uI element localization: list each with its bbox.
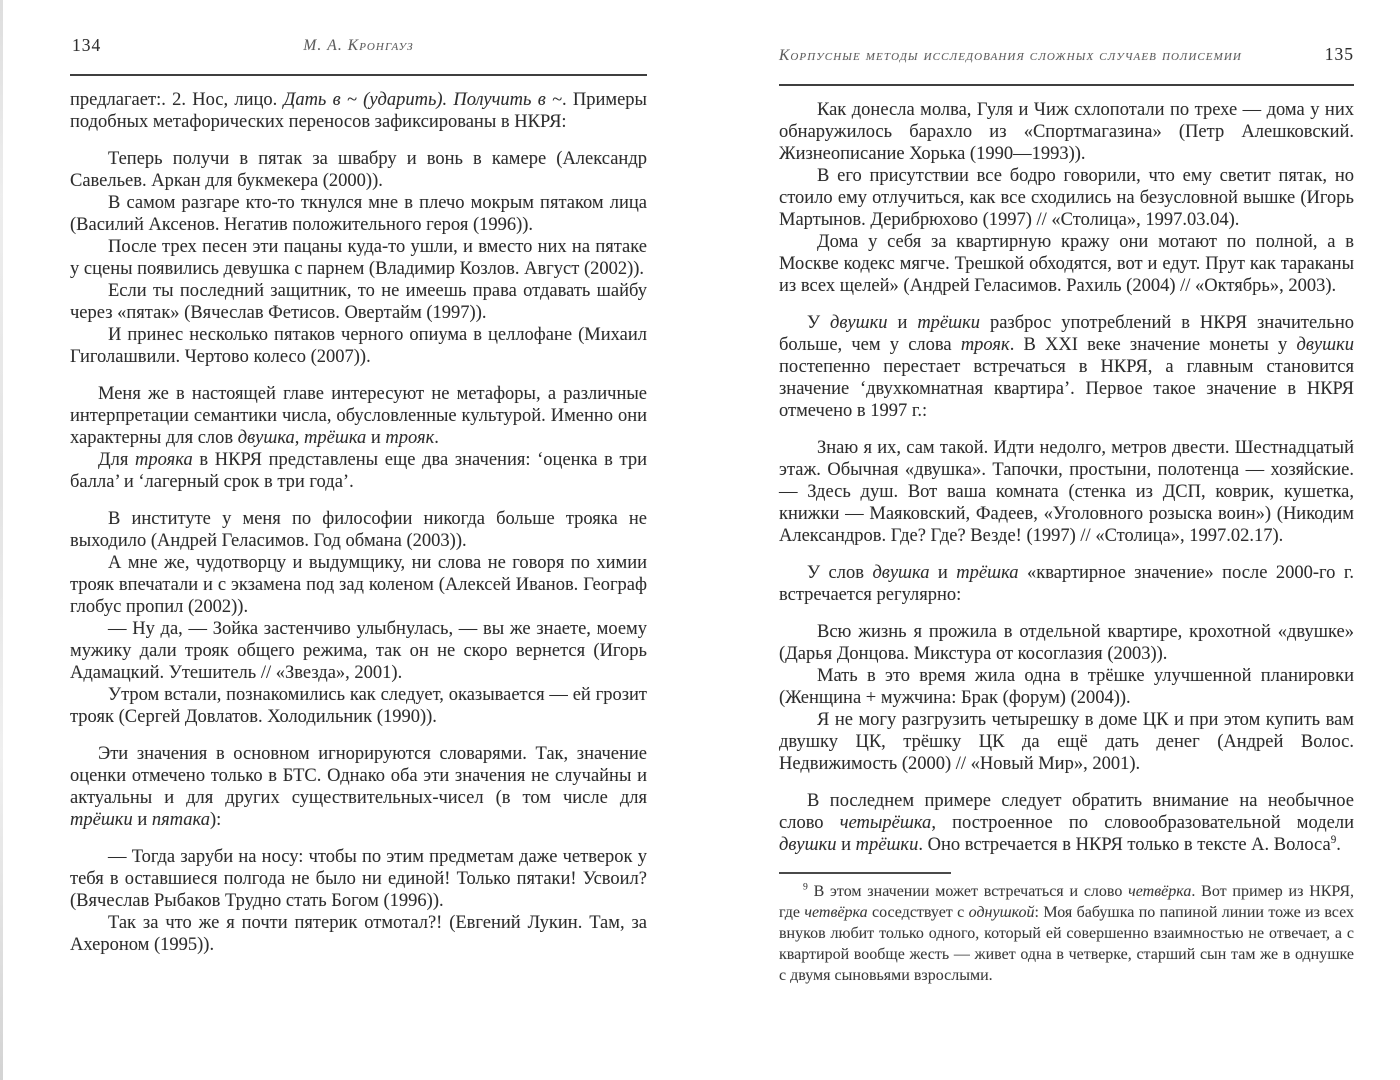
quote-paragraph: И принес несколько пятаков черного опиум… — [70, 324, 647, 368]
footnote-rule — [779, 872, 951, 874]
text-run: и — [133, 810, 152, 830]
text-run: ): — [210, 810, 221, 830]
italic-term: трёшка — [304, 428, 366, 448]
left-page-body: предлагает:. 2. Нос, лицо. Дать в ~ (уда… — [70, 89, 647, 956]
right-page-body: Как донесла молва, Гуля и Чиж схлопотали… — [779, 99, 1354, 856]
text-run: А мне же, чудотворцу и выдумщику, ни сло… — [70, 553, 647, 617]
italic-term: трояк — [385, 428, 434, 448]
text-run: Утром встали, познакомились как следует,… — [70, 685, 647, 727]
body-paragraph: предлагает:. 2. Нос, лицо. Дать в ~ (уда… — [70, 89, 647, 133]
italic-term: трёшка — [956, 563, 1018, 583]
italic-term: двушки — [779, 835, 836, 855]
quote-paragraph: Я не могу разгрузить четырешку в доме ЦК… — [779, 709, 1354, 775]
italic-term: четырёшка — [840, 813, 932, 833]
text-run: Я не могу разгрузить четырешку в доме ЦК… — [779, 710, 1354, 774]
quote-paragraph: — Ну да, — Зойка застенчиво улыбнулась, … — [70, 618, 647, 684]
text-run: Если ты последний защитник, то не имеешь… — [70, 281, 647, 323]
body-paragraph: У слов двушка и трёшка «квартирное значе… — [779, 562, 1354, 606]
italic-term: трояк — [961, 335, 1010, 355]
italic-term: двушки — [830, 313, 887, 333]
right-page-number: 135 — [1311, 44, 1354, 65]
body-paragraph: Эти значения в основном игнорируются сло… — [70, 743, 647, 831]
right-running-title: Корпусные методы исследования сложных сл… — [779, 44, 1242, 65]
text-run: Всю жизнь я прожила в отдельной квартире… — [779, 622, 1354, 664]
text-run: У слов — [807, 563, 872, 583]
text-run: , — [295, 428, 304, 448]
quote-paragraph: — Тогда заруби на носу: чтобы по этим пр… — [70, 846, 647, 912]
left-page-header: 134 М. А. Кронгауз — [70, 34, 647, 58]
book-scan-spread: 134 М. А. Кронгауз предлагает:. 2. Нос, … — [0, 0, 1400, 1080]
text-run: . — [1336, 835, 1341, 855]
text-run: и — [888, 313, 918, 333]
text-run: В институте у меня по философии никогда … — [70, 509, 647, 551]
text-run: Как донесла молва, Гуля и Чиж схлопотали… — [779, 100, 1354, 164]
text-run: Мать в это время жила одна в трёшке улуч… — [779, 666, 1354, 708]
text-run: Теперь получи в пятак за швабру и вонь в… — [70, 149, 647, 191]
text-run: , построенное по словообразовательной мо… — [931, 813, 1354, 833]
left-header-rule — [70, 74, 647, 76]
body-paragraph: Для трояка в НКРЯ представлены еще два з… — [70, 449, 647, 493]
text-run: Так за что же я почти пятерик отмотал?! … — [70, 913, 647, 955]
text-run: постепенно перестает встречаться в НКРЯ,… — [779, 357, 1354, 421]
italic-term: трёшки — [856, 835, 919, 855]
text-run: . Оно встречается в НКРЯ только в тексте… — [918, 835, 1330, 855]
body-paragraph: У двушки и трёшки разброс употреблений в… — [779, 312, 1354, 422]
right-page: Корпусные методы исследования сложных сл… — [779, 44, 1354, 986]
italic-term: четвёрка — [804, 904, 867, 921]
quote-paragraph: Так за что же я почти пятерик отмотал?! … — [70, 912, 647, 956]
text-run: В этом значении может встречаться и слов… — [808, 883, 1128, 900]
text-run: — Ну да, — Зойка застенчиво улыбнулась, … — [70, 619, 647, 683]
text-run: Дома у себя за квартирную кражу они мота… — [779, 232, 1354, 296]
text-run: . В XXI веке значение монеты у — [1010, 335, 1297, 355]
text-run: предлагает:. 2. Нос, лицо. — [70, 90, 284, 110]
text-run: В его присутствии все бодро говорили, чт… — [779, 166, 1354, 230]
text-run: . — [434, 428, 439, 448]
italic-term: Дать в ~ (ударить). Получить в ~ — [284, 90, 562, 110]
text-run: соседствует с — [868, 904, 969, 921]
quote-paragraph: Мать в это время жила одна в трёшке улуч… — [779, 665, 1354, 709]
text-run: Для — [98, 450, 135, 470]
right-header-rule — [779, 84, 1354, 86]
quote-paragraph: В институте у меня по философии никогда … — [70, 508, 647, 552]
text-run: В самом разгаре кто-то ткнулся мне в пле… — [70, 193, 647, 235]
quote-paragraph: Если ты последний защитник, то не имеешь… — [70, 280, 647, 324]
quote-paragraph: Утром встали, познакомились как следует,… — [70, 684, 647, 728]
left-running-title: М. А. Кронгауз — [70, 37, 647, 55]
text-run: Эти значения в основном игнорируются сло… — [70, 744, 647, 808]
quote-paragraph: Теперь получи в пятак за швабру и вонь в… — [70, 148, 647, 192]
italic-term: двушка — [238, 428, 295, 448]
quote-paragraph: Всю жизнь я прожила в отдельной квартире… — [779, 621, 1354, 665]
quote-paragraph: В самом разгаре кто-то ткнулся мне в пле… — [70, 192, 647, 236]
text-run: У — [807, 313, 830, 333]
text-run: и — [836, 835, 855, 855]
italic-term: пятака — [152, 810, 210, 830]
quote-paragraph: В его присутствии все бодро говорили, чт… — [779, 165, 1354, 231]
quote-paragraph: Дома у себя за квартирную кражу они мота… — [779, 231, 1354, 297]
body-paragraph: Меня же в настоящей главе интересуют не … — [70, 383, 647, 449]
text-run: И принес несколько пятаков черного опиум… — [70, 325, 647, 367]
body-paragraph: 9 В этом значении может встречаться и сл… — [779, 881, 1354, 986]
text-run: и — [366, 428, 385, 448]
text-run: Знаю я их, сам такой. Идти недолго, метр… — [779, 438, 1354, 546]
body-paragraph: В последнем примере следует обратить вни… — [779, 790, 1354, 856]
italic-term: трояка — [135, 450, 193, 470]
italic-term: четвёрка — [1128, 883, 1191, 900]
left-page: 134 М. А. Кронгауз предлагает:. 2. Нос, … — [70, 34, 647, 956]
right-page-header: Корпусные методы исследования сложных сл… — [779, 44, 1354, 68]
text-run: и — [929, 563, 956, 583]
quote-paragraph: После трех песен эти пацаны куда-то ушли… — [70, 236, 647, 280]
quote-paragraph: Знаю я их, сам такой. Идти недолго, метр… — [779, 437, 1354, 547]
quote-paragraph: А мне же, чудотворцу и выдумщику, ни сло… — [70, 552, 647, 618]
quote-paragraph: Как донесла молва, Гуля и Чиж схлопотали… — [779, 99, 1354, 165]
italic-term: однушкой — [969, 904, 1035, 921]
italic-term: трёшки — [917, 313, 980, 333]
italic-term: двушка — [872, 563, 929, 583]
footnote-area: 9 В этом значении может встречаться и сл… — [779, 872, 1354, 986]
text-run: — Тогда заруби на носу: чтобы по этим пр… — [70, 847, 647, 911]
text-run: После трех песен эти пацаны куда-то ушли… — [70, 237, 647, 279]
footnote-text: 9 В этом значении может встречаться и сл… — [779, 881, 1354, 986]
scan-edge-artifact — [0, 0, 3, 1080]
italic-term: трёшки — [70, 810, 133, 830]
italic-term: двушки — [1297, 335, 1354, 355]
